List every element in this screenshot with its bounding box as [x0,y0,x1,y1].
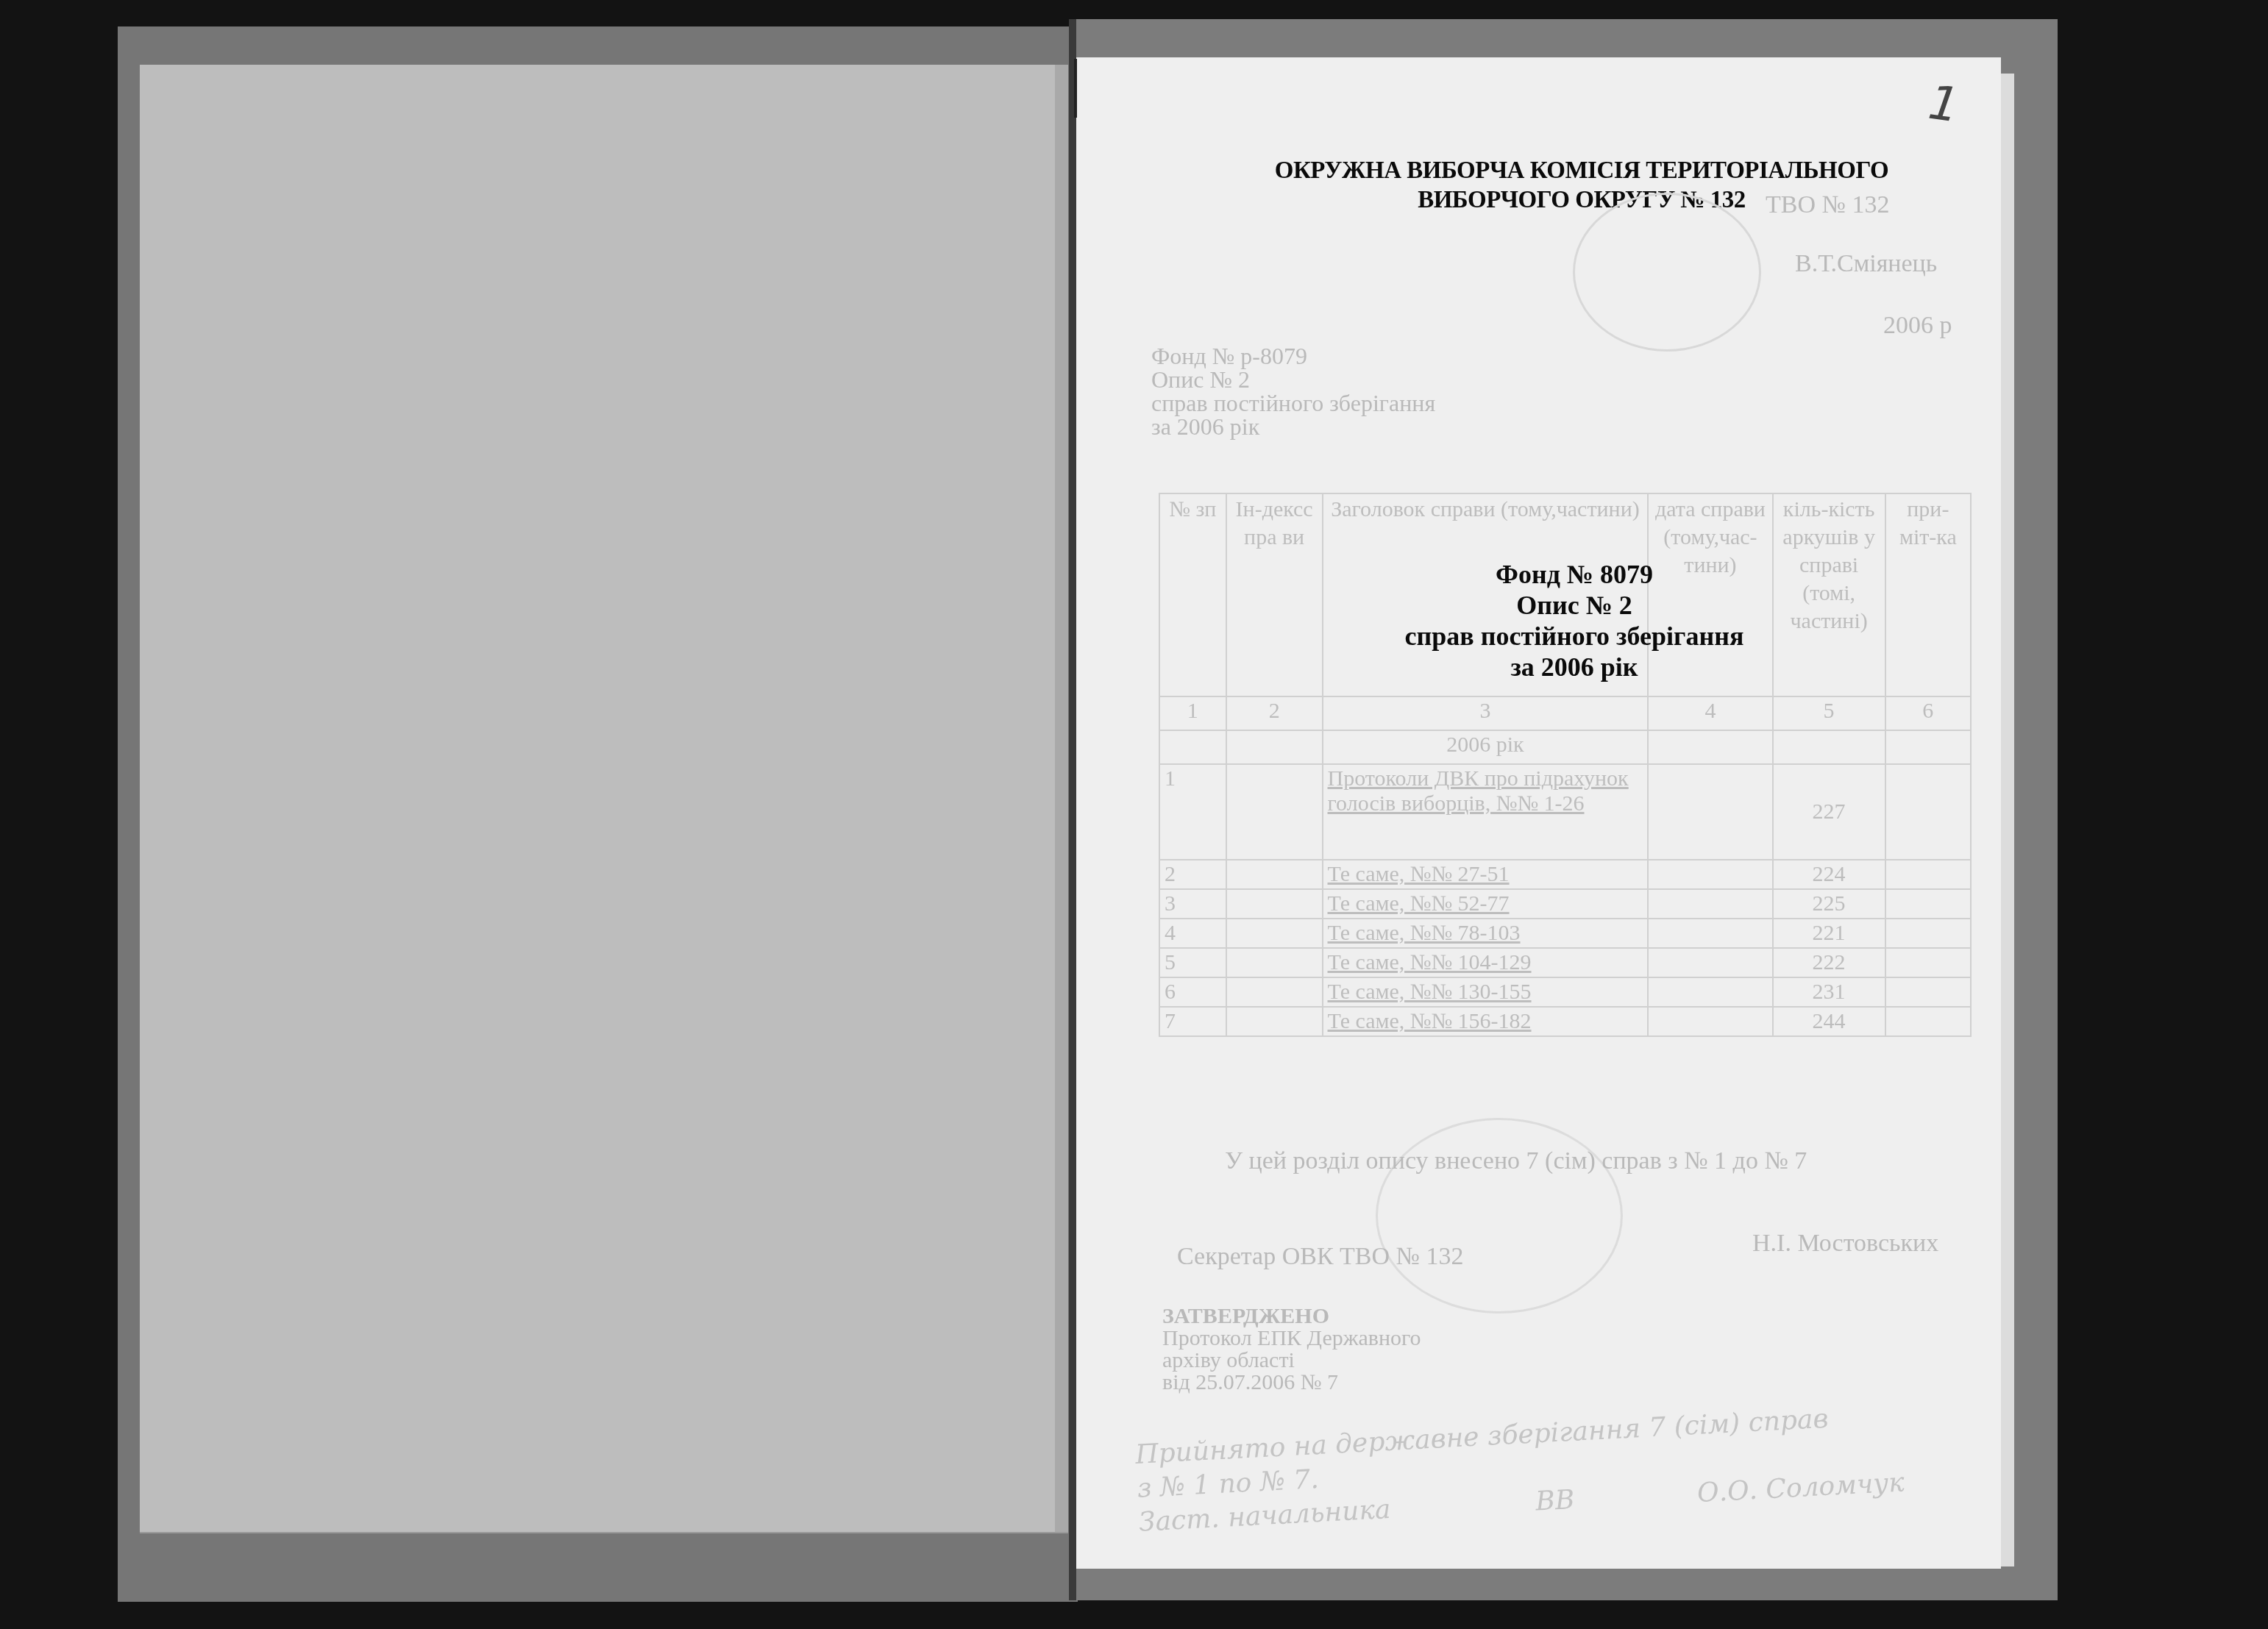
row-note [1885,860,1971,889]
overlay-opys: Опис № 2 [1383,590,1766,621]
colnum-6: 6 [1885,696,1971,730]
header-no: № зп [1159,493,1226,696]
column-number-row: 1 2 3 4 5 6 [1159,696,1971,730]
faded-header: Фонд № р-8079 Опис № 2 справ постійного … [1151,344,1435,438]
approval-line-1: ТВО № 132 [1766,190,1889,221]
colnum-1: 1 [1159,696,1226,730]
overlay-year: за 2006 рік [1383,652,1766,682]
row-no: 2 [1159,860,1226,889]
table-row: 3 Те саме, №№ 52-77 225 [1159,889,1971,919]
faded-year: за 2006 рік [1151,415,1435,438]
approved-line-2: архіву області [1162,1350,1421,1372]
header-sheets: кіль-кість аркушів у справі (томі, части… [1773,493,1885,696]
row-note [1885,1007,1971,1036]
row-title: Те саме, №№ 27-51 [1323,860,1649,889]
row-date [1648,919,1772,948]
row-sheets: 225 [1773,889,1885,919]
table-row: 6 Те саме, №№ 130-155 231 [1159,977,1971,1007]
row-no: 6 [1159,977,1226,1007]
row-note [1885,948,1971,977]
folder-spine [1069,19,1076,1600]
table-row: 7 Те саме, №№ 156-182 244 [1159,1007,1971,1036]
handwritten-initials: ВВ [1535,1483,1575,1519]
row-note [1885,919,1971,948]
row-date [1648,1007,1772,1036]
row-index [1226,764,1323,860]
colnum-3: 3 [1323,696,1649,730]
table-row: 5 Те саме, №№ 104-129 222 [1159,948,1971,977]
secretary-name: Н.І. Мостовських [1752,1230,1938,1258]
faded-opys: Опис № 2 [1151,368,1435,391]
header-note: при-міт-ка [1885,493,1971,696]
row-date [1648,977,1772,1007]
section-label: 2006 рік [1323,730,1649,764]
fond-overlay-label: Фонд № 8079 Опис № 2 справ постійного зб… [1383,559,1766,682]
header-index: Ін-дексс пра ви [1226,493,1323,696]
row-date [1648,764,1772,860]
row-title: Те саме, №№ 78-103 [1323,919,1649,948]
summary-line: У цей розділ опису внесено 7 (сім) справ… [1225,1147,1807,1175]
colnum-4: 4 [1648,696,1772,730]
right-page-stack-edge [2001,74,2014,1566]
row-title: Те саме, №№ 52-77 [1323,889,1649,919]
row-index [1226,948,1323,977]
row-title: Те саме, №№ 156-182 [1323,1007,1649,1036]
stamp-circle-top [1573,193,1761,352]
row-index [1226,919,1323,948]
row-sheets: 231 [1773,977,1885,1007]
row-sheets: 221 [1773,919,1885,948]
row-index [1226,977,1323,1007]
left-page-edge [1055,65,1068,1532]
approved-block: ЗАТВЕРДЖЕНО Протокол ЕПК Державного архі… [1162,1305,1421,1394]
row-title: Протоколи ДВК про підрахунок голосів виб… [1323,764,1649,860]
title-line-1: ОКРУЖНА ВИБОРЧА КОМІСІЯ ТЕРИТОРІАЛЬНОГО [1206,156,1957,185]
row-no: 1 [1159,764,1226,860]
row-title: Те саме, №№ 130-155 [1323,977,1649,1007]
row-note [1885,889,1971,919]
row-no: 5 [1159,948,1226,977]
row-date [1648,948,1772,977]
row-no: 3 [1159,889,1226,919]
table-row: 4 Те саме, №№ 78-103 221 [1159,919,1971,948]
row-index [1226,1007,1323,1036]
approval-line-2: В.Т.Сміянець [1795,249,1937,279]
row-sheets: 244 [1773,1007,1885,1036]
overlay-fond: Фонд № 8079 [1383,559,1766,590]
faded-kind: справ постійного зберігання [1151,391,1435,415]
row-sheets: 224 [1773,860,1885,889]
row-note [1885,977,1971,1007]
colnum-5: 5 [1773,696,1885,730]
row-sheets: 227 [1773,764,1885,860]
section-row: 2006 рік [1159,730,1971,764]
row-date [1648,860,1772,889]
row-no: 7 [1159,1007,1226,1036]
row-sheets: 222 [1773,948,1885,977]
secretary-label: Секретар ОВК ТВО № 132 [1177,1243,1464,1271]
binding-mark [1074,59,1077,118]
row-note [1885,764,1971,860]
row-no: 4 [1159,919,1226,948]
row-index [1226,860,1323,889]
approved-line-3: від 25.07.2006 № 7 [1162,1372,1421,1394]
colnum-2: 2 [1226,696,1323,730]
row-index [1226,889,1323,919]
table-row: 1 Протоколи ДВК про підрахунок голосів в… [1159,764,1971,860]
approved-head: ЗАТВЕРДЖЕНО [1162,1305,1421,1327]
approval-line-3: 2006 р [1883,310,1952,341]
approved-line-1: Протокол ЕПК Державного [1162,1327,1421,1350]
row-title: Те саме, №№ 104-129 [1323,948,1649,977]
faded-fond: Фонд № р-8079 [1151,344,1435,368]
overlay-kind: справ постійного зберігання [1383,621,1766,652]
left-blank-page [140,65,1068,1533]
row-date [1648,889,1772,919]
table-row: 2 Те саме, №№ 27-51 224 [1159,860,1971,889]
